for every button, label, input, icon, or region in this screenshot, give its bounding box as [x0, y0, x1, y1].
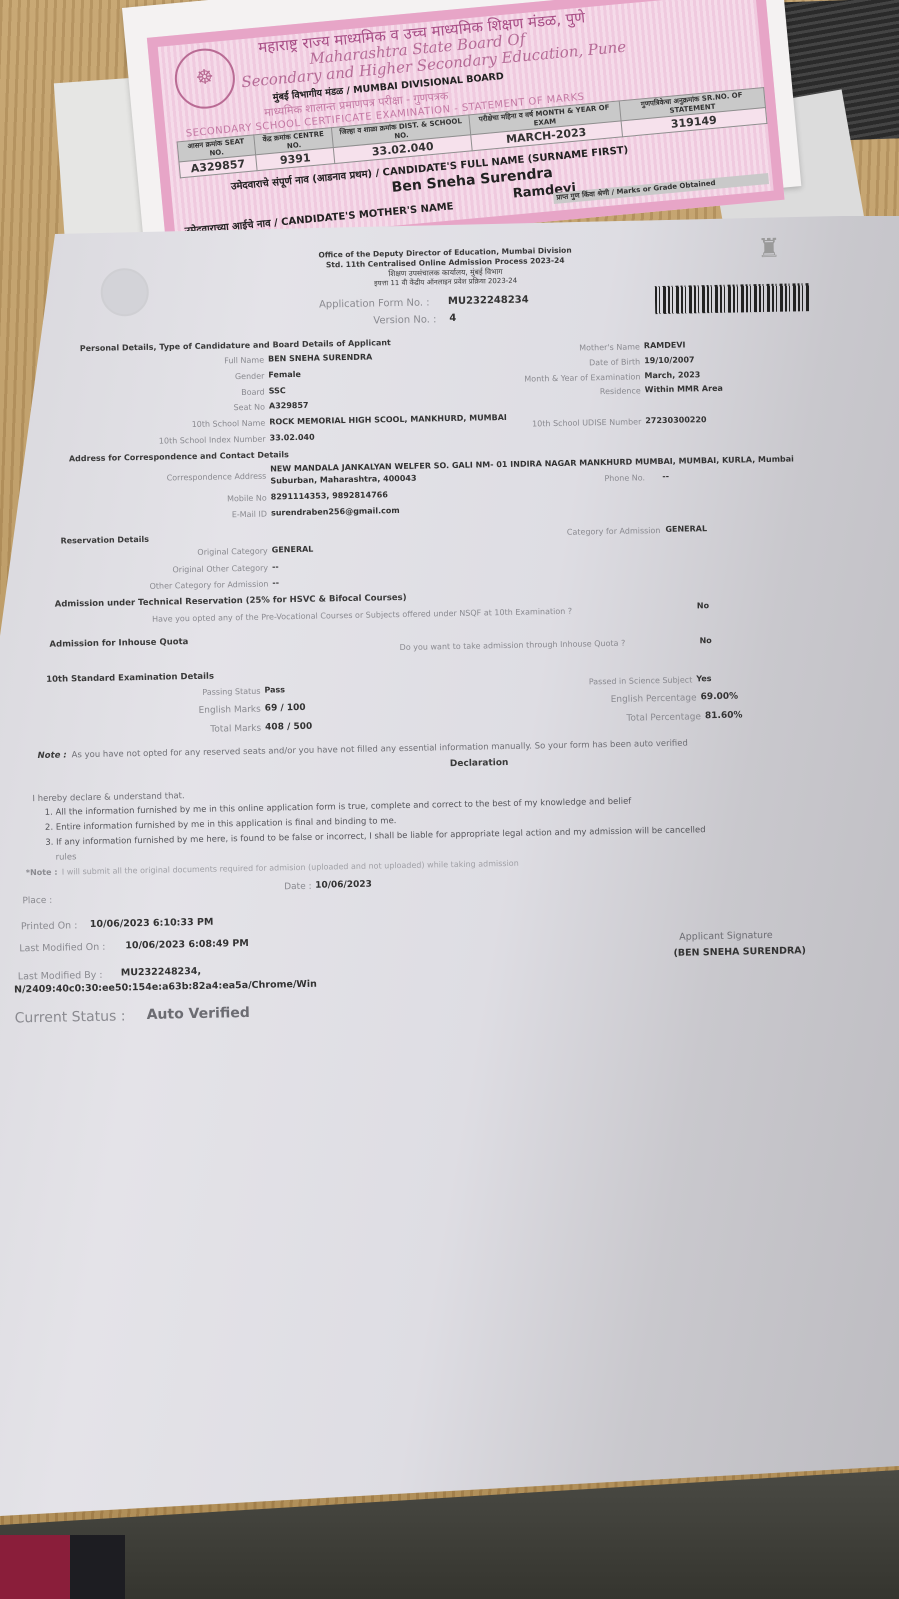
personal-details-heading: Personal Details, Type of Candidature an… — [80, 338, 391, 353]
national-emblem-icon: ♜ — [756, 234, 783, 268]
printed-on-value: 10/06/2023 6:10:33 PM — [90, 917, 214, 930]
last-modified-by-value: MU232248234, — [121, 966, 201, 979]
original-other-category-label: Original Other Category — [116, 564, 268, 576]
technical-reservation-heading: Admission under Technical Reservation (2… — [55, 593, 407, 610]
original-category-label: Original Category — [126, 547, 268, 559]
school-index-label: 10th School Index Number — [124, 435, 266, 447]
watermark-seal-icon — [100, 268, 149, 317]
board-label: Board — [183, 388, 265, 399]
total-marks-value: 408 / 500 — [265, 722, 312, 733]
dark-object — [70, 1535, 125, 1599]
contact-heading: Address for Correspondence and Contact D… — [69, 450, 289, 463]
school-name-label: 10th School Name — [153, 419, 265, 430]
last-modified-on-label: Last Modified On : — [19, 942, 105, 955]
declaration-note-text: I will submit all the original documents… — [62, 859, 519, 877]
declaration-heading: Declaration — [450, 758, 509, 769]
school-name-value: ROCK MEMORIAL HIGH SCOOL, MANKHURD, MUMB… — [269, 413, 507, 427]
other-category-admission-value: -- — [272, 578, 279, 587]
mobile-value: 8291114353, 9892814766 — [271, 490, 388, 501]
last-modified-by-label: Last Modified By : — [18, 970, 103, 983]
app-form-label: Application Form No. : — [319, 297, 430, 310]
passing-status-label: Passing Status — [158, 687, 260, 698]
nsqf-question: Have you opted any of the Pre-Vocational… — [152, 607, 572, 624]
residence-value: Within MMR Area — [645, 384, 723, 394]
original-category-value: GENERAL — [272, 545, 314, 555]
date-value: 10/06/2023 — [315, 880, 372, 891]
dob-value: 19/10/2007 — [644, 355, 695, 365]
seat-no-value: A329857 — [269, 401, 309, 411]
total-percentage-value: 81.60% — [705, 710, 743, 721]
email-label: E-Mail ID — [185, 510, 267, 521]
exam-month-value: March, 2023 — [644, 370, 700, 380]
residence-label: Residence — [543, 386, 641, 397]
signature-label: Applicant Signature — [679, 930, 773, 943]
signature-name: (BEN SNEHA SURENDRA) — [673, 945, 806, 959]
declaration-item-rules: rules — [55, 852, 76, 862]
application-form: ♜ Office of the Deputy Director of Educa… — [0, 0, 899, 1058]
category-admission-label: Category for Admission — [550, 526, 660, 537]
total-percentage-label: Total Percentage — [569, 712, 701, 725]
printed-on-label: Printed On : — [21, 920, 78, 932]
udise-label: 10th School UDISE Number — [503, 417, 641, 429]
note-label: Note : — [38, 750, 67, 761]
full-name-label: Full Name — [182, 356, 264, 367]
phone-label: Phone No. — [604, 473, 645, 483]
original-other-category-value: -- — [272, 562, 279, 571]
email-value: surendraben256@gmail.com — [271, 506, 400, 517]
exam-month-label: Month & Year of Examination — [492, 372, 640, 384]
current-status-value: Auto Verified — [146, 1005, 249, 1023]
category-admission-value: GENERAL — [665, 524, 707, 534]
full-name-value: BEN SNEHA SURENDRA — [268, 353, 372, 364]
other-category-admission-label: Other Category for Admission — [86, 580, 268, 592]
version-label: Version No. : — [373, 314, 436, 326]
date-label: Date : — [284, 882, 312, 893]
inhouse-heading: Admission for Inhouse Quota — [49, 637, 188, 650]
address-label: Correspondence Address — [124, 472, 266, 484]
last-modified-on-value: 10/06/2023 6:08:49 PM — [125, 938, 249, 951]
gender-value: Female — [268, 370, 301, 380]
passing-status-value: Pass — [264, 685, 285, 694]
seat-no-label: Seat No — [183, 403, 265, 414]
english-percentage-label: English Percentage — [569, 693, 697, 705]
english-marks-label: English Marks — [159, 705, 261, 717]
english-percentage-value: 69.00% — [701, 692, 739, 703]
inhouse-question: Do you want to take admission through In… — [400, 639, 626, 652]
school-index-value: 33.02.040 — [269, 433, 314, 443]
address-line-1: NEW MANDALA JANKALYAN WELFER SO. GALI NM… — [270, 454, 794, 473]
gender-label: Gender — [182, 372, 264, 383]
inhouse-answer: No — [699, 636, 711, 645]
note-text: As you have not opted for any reserved s… — [72, 739, 688, 761]
dob-label: Date of Birth — [542, 357, 640, 368]
udise-value: 27230300220 — [645, 415, 706, 425]
declaration-intro: I hereby declare & understand that. — [32, 791, 184, 804]
english-marks-value: 69 / 100 — [265, 703, 306, 714]
place-label: Place : — [22, 896, 52, 907]
science-label: Passed in Science Subject — [548, 675, 692, 687]
science-value: Yes — [696, 674, 711, 683]
exam10-heading: 10th Standard Examination Details — [46, 672, 214, 685]
version-number: 4 — [449, 313, 456, 324]
barcode — [655, 283, 811, 314]
reservation-heading: Reservation Details — [60, 535, 149, 546]
mobile-label: Mobile No — [185, 494, 267, 505]
red-cloth — [0, 1535, 70, 1599]
mother-name-label: Mother's Name — [542, 342, 640, 353]
phone-value: -- — [662, 472, 669, 481]
declaration-note-label: *Note : — [26, 868, 58, 878]
nsqf-answer: No — [697, 601, 709, 610]
current-status-label: Current Status : — [15, 1008, 126, 1026]
total-marks-label: Total Marks — [159, 724, 261, 736]
address-line-2: Suburban, Maharashtra, 400043 — [270, 474, 416, 486]
declaration-item-2: 2. Entire information furnished by me in… — [45, 816, 397, 833]
app-form-number: MU232248234 — [448, 294, 529, 307]
mother-name-value: RAMDEVI — [644, 340, 686, 350]
board-value: SSC — [269, 386, 286, 395]
